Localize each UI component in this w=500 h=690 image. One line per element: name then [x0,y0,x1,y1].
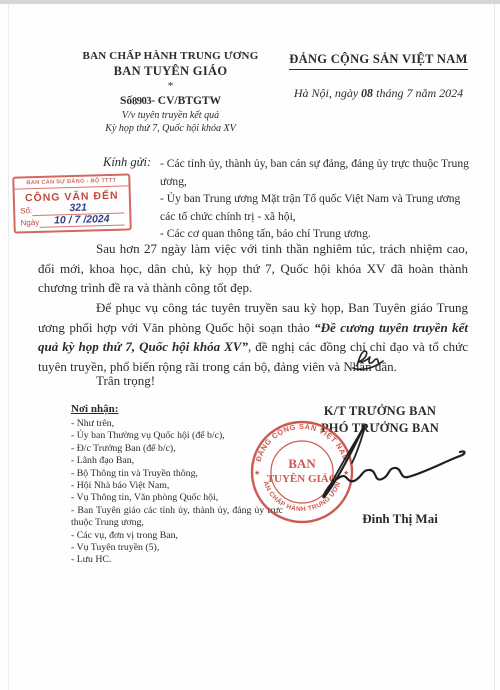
org-name: BAN TUYÊN GIÁO [58,64,283,79]
separator-star: * [58,80,283,92]
subject-line-2: Kỳ họp thứ 7, Quốc hội khóa XV [58,123,283,136]
stamp-date-label: Ngày [20,218,39,229]
document-subject: V/v tuyên truyền kết quả Kỳ họp thứ 7, Q… [58,110,283,135]
official-document-page: BAN CHẤP HÀNH TRUNG ƯƠNG BAN TUYÊN GIÁO … [0,0,500,690]
subject-line-1: V/v tuyên truyền kết quả [58,110,283,123]
closing-line: Trân trọng! [96,373,155,389]
document-number: Số8903- CV/BTGTW [58,95,283,107]
body-paragraph-1: Sau hơn 27 ngày làm việc với tinh thần n… [38,239,468,298]
recipients-label: Kính gửi: [103,155,153,243]
doc-number-handwritten: 8903 [132,96,151,108]
org-parent-name: BAN CHẤP HÀNH TRUNG ƯƠNG [58,50,283,62]
body-paragraph-2: Để phục vụ công tác tuyên truyền sau kỳ … [38,298,468,376]
distribution-item: - Vụ Tuyên truyền (5), [71,542,283,554]
stamp-number-label: Số: [20,206,32,216]
scan-top-edge [0,0,500,4]
approval-initials-ink [351,348,385,372]
doc-number-suffix: - CV/BTGTW [151,95,221,107]
recipients-block: Kính gửi: - Các tỉnh ủy, thành ủy, ban c… [103,155,469,243]
signature-ink [300,416,476,512]
national-motto-block: ĐẢNG CỘNG SẢN VIỆT NAM Hà Nội, ngày 08 t… [276,50,481,101]
issuing-org-block: BAN CHẤP HÀNH TRUNG ƯƠNG BAN TUYÊN GIÁO … [58,50,283,135]
recipient-item: - Ủy ban Trung ương Mặt trận Tổ quốc Việ… [160,190,469,225]
scan-left-edge [8,4,9,690]
distribution-item: - Các vụ, đơn vị trong Ban, [71,530,283,542]
place-date-line: Hà Nội, ngày 08 tháng 7 năm 2024 [276,86,481,101]
signer-name: Đinh Thị Mai [330,511,470,527]
distribution-label: Nơi nhận: [71,403,283,415]
date-day-handwritten: 08 [361,86,374,102]
recipients-list: - Các tỉnh ủy, thành ủy, ban cán sự đảng… [160,155,469,243]
date-suffix: tháng 7 năm 2024 [376,86,463,100]
recipient-item: - Các tỉnh ủy, thành ủy, ban cán sự đảng… [160,155,469,190]
seal-star-left-icon: ★ [254,469,260,477]
scan-right-edge [494,4,495,690]
distribution-item: - Lưu HC. [71,554,283,566]
party-title: ĐẢNG CỘNG SẢN VIỆT NAM [289,52,467,70]
date-prefix: Hà Nội, ngày [294,86,358,100]
doc-number-label: Số [120,95,132,107]
